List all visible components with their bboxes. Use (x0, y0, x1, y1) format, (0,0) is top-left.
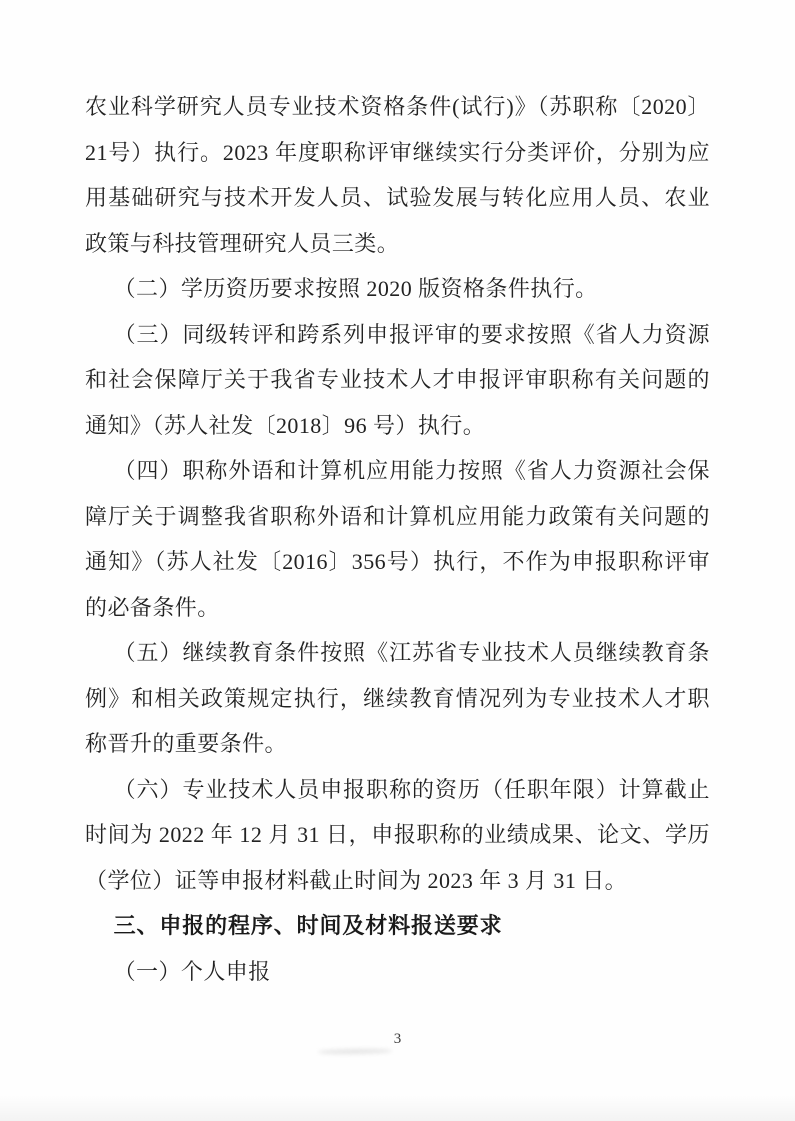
paragraph: （五）继续教育条件按照《江苏省专业技术人员继续教育条例》和相关政策规定执行，继续… (85, 630, 710, 767)
paragraph: （四）职称外语和计算机应用能力按照《省人力资源社会保障厅关于调整我省职称外语和计… (85, 448, 710, 630)
section-heading: 三、申报的程序、时间及材料报送要求 (85, 903, 710, 949)
paragraph: （一）个人申报 (85, 949, 710, 995)
paragraph: （二）学历资历要求按照 2020 版资格条件执行。 (85, 266, 710, 312)
paragraph: （六）专业技术人员申报职称的资历（任职年限）计算截止时间为 2022 年 12 … (85, 767, 710, 904)
paragraph: 农业科学研究人员专业技术资格条件(试行)》（苏职称〔2020〕21号）执行。20… (85, 84, 710, 266)
document-body: 农业科学研究人员专业技术资格条件(试行)》（苏职称〔2020〕21号）执行。20… (85, 84, 710, 994)
document-page: 农业科学研究人员专业技术资格条件(试行)》（苏职称〔2020〕21号）执行。20… (0, 0, 795, 1121)
scan-smudge (318, 1048, 392, 1054)
paragraph: （三）同级转评和跨系列申报评审的要求按照《省人力资源和社会保障厅关于我省专业技术… (85, 312, 710, 449)
page-number: 3 (0, 1031, 795, 1048)
